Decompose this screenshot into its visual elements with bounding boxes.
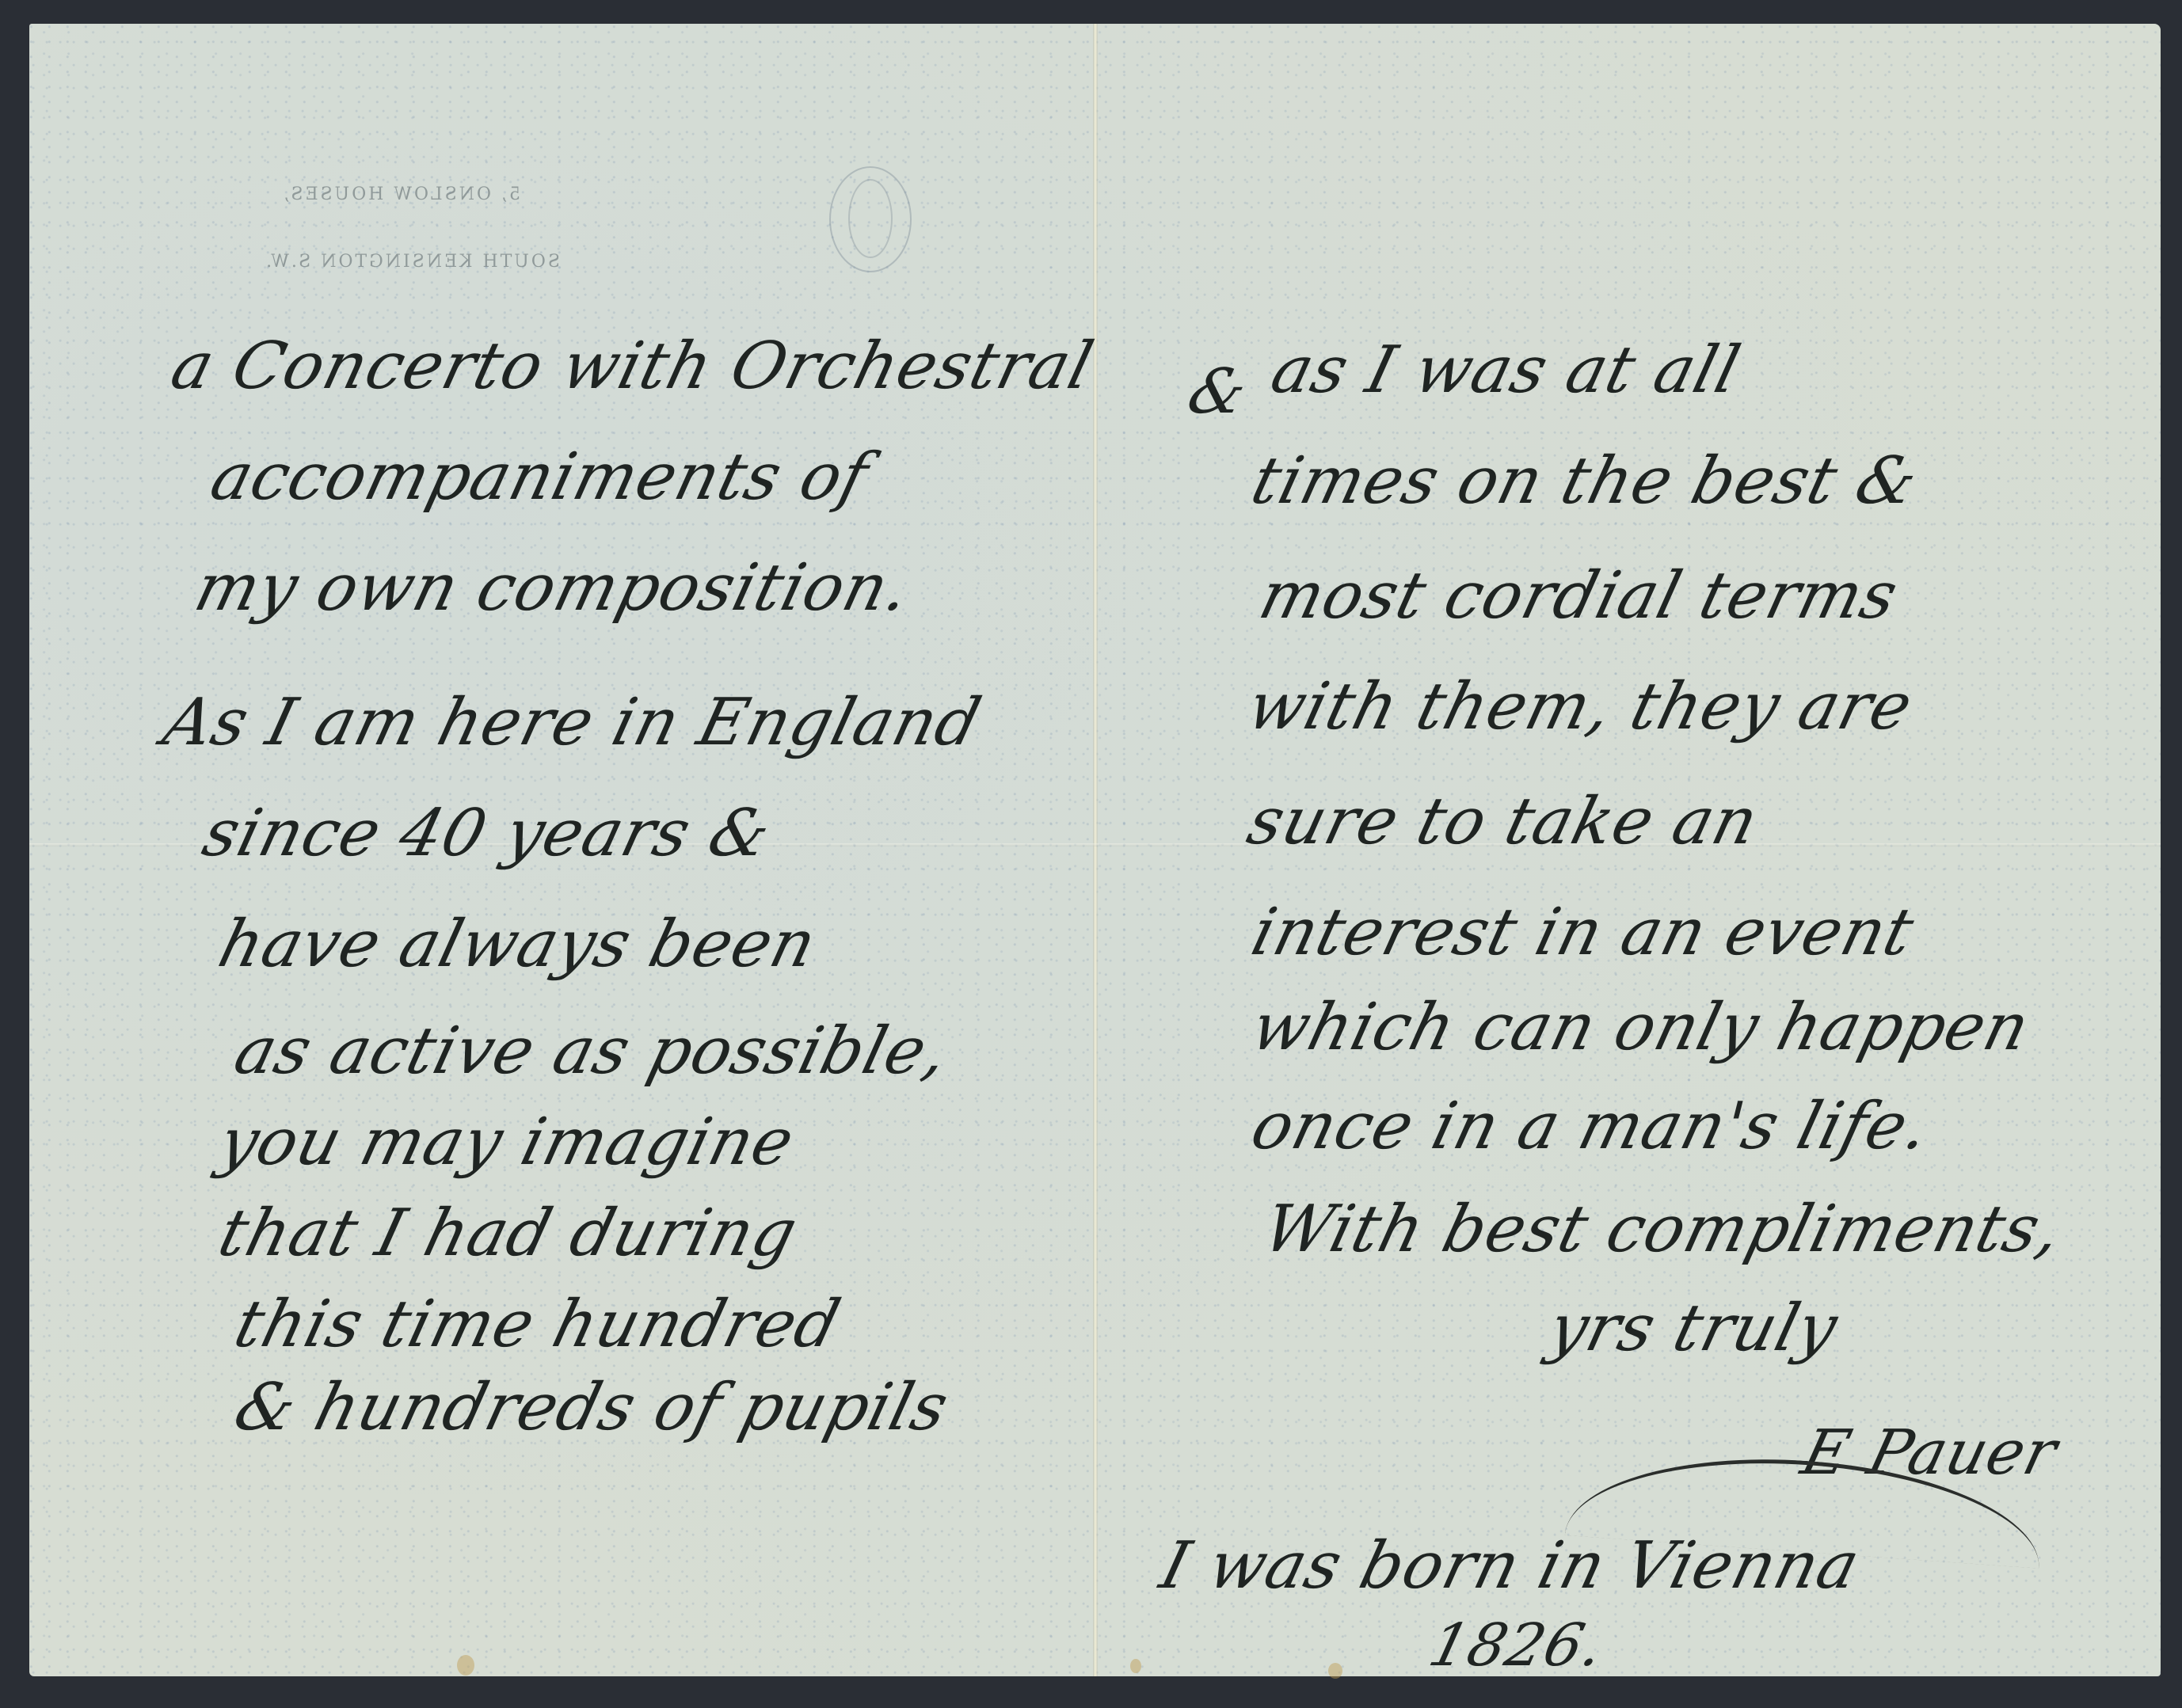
left-line-8: you may imagine	[211, 1105, 802, 1180]
letterhead-line-2: SOUTH KENSINGTON S.W.	[264, 253, 560, 271]
left-line-3: my own composition.	[188, 550, 918, 626]
left-line-1: a Concerto with Orchestral	[164, 329, 1101, 404]
left-line-9: that I had during	[211, 1196, 805, 1271]
foxing-stain	[457, 1655, 474, 1676]
right-line-4: with them, they are	[1240, 669, 1920, 744]
left-line-10: this time hundred	[227, 1287, 847, 1362]
right-line-2: times on the best &	[1244, 443, 1925, 519]
letterhead-line-1: 5, ONSLOW HOUSES,	[281, 186, 520, 204]
left-line-5: since 40 years &	[196, 796, 779, 871]
right-line-8: once in a man's life.	[1244, 1089, 1937, 1164]
right-line-10: yrs truly	[1541, 1291, 1845, 1366]
postscript-birthplace: I was born in Vienna	[1153, 1528, 1867, 1603]
left-line-6: have always been	[211, 907, 824, 982]
right-line-1: as I was at all	[1264, 333, 1748, 408]
embossed-monogram-icon	[829, 166, 912, 272]
foxing-stain	[1130, 1659, 1141, 1673]
right-line-9: With best compliments,	[1256, 1192, 2070, 1267]
margin-ampersand: &	[1181, 356, 1255, 428]
left-line-7: as active as possible,	[227, 1014, 956, 1089]
right-line-3: most cordial terms	[1252, 558, 1906, 633]
left-line-2: accompaniments of	[204, 439, 876, 515]
right-page: & as I was at all times on the best & mo…	[1098, 24, 2161, 1676]
right-line-6: interest in an event	[1244, 895, 1921, 970]
postscript-year: 1826.	[1422, 1611, 1611, 1679]
letter-sheet: 5, ONSLOW HOUSES, SOUTH KENSINGTON S.W. …	[29, 24, 2161, 1676]
left-page: 5, ONSLOW HOUSES, SOUTH KENSINGTON S.W. …	[29, 24, 1093, 1676]
right-line-5: sure to take an	[1240, 784, 1766, 859]
left-line-4: As I am here in England	[156, 685, 988, 760]
right-line-7: which can only happen	[1244, 990, 2037, 1065]
foxing-stain	[1328, 1663, 1342, 1679]
left-line-11: & hundreds of pupils	[227, 1370, 956, 1445]
